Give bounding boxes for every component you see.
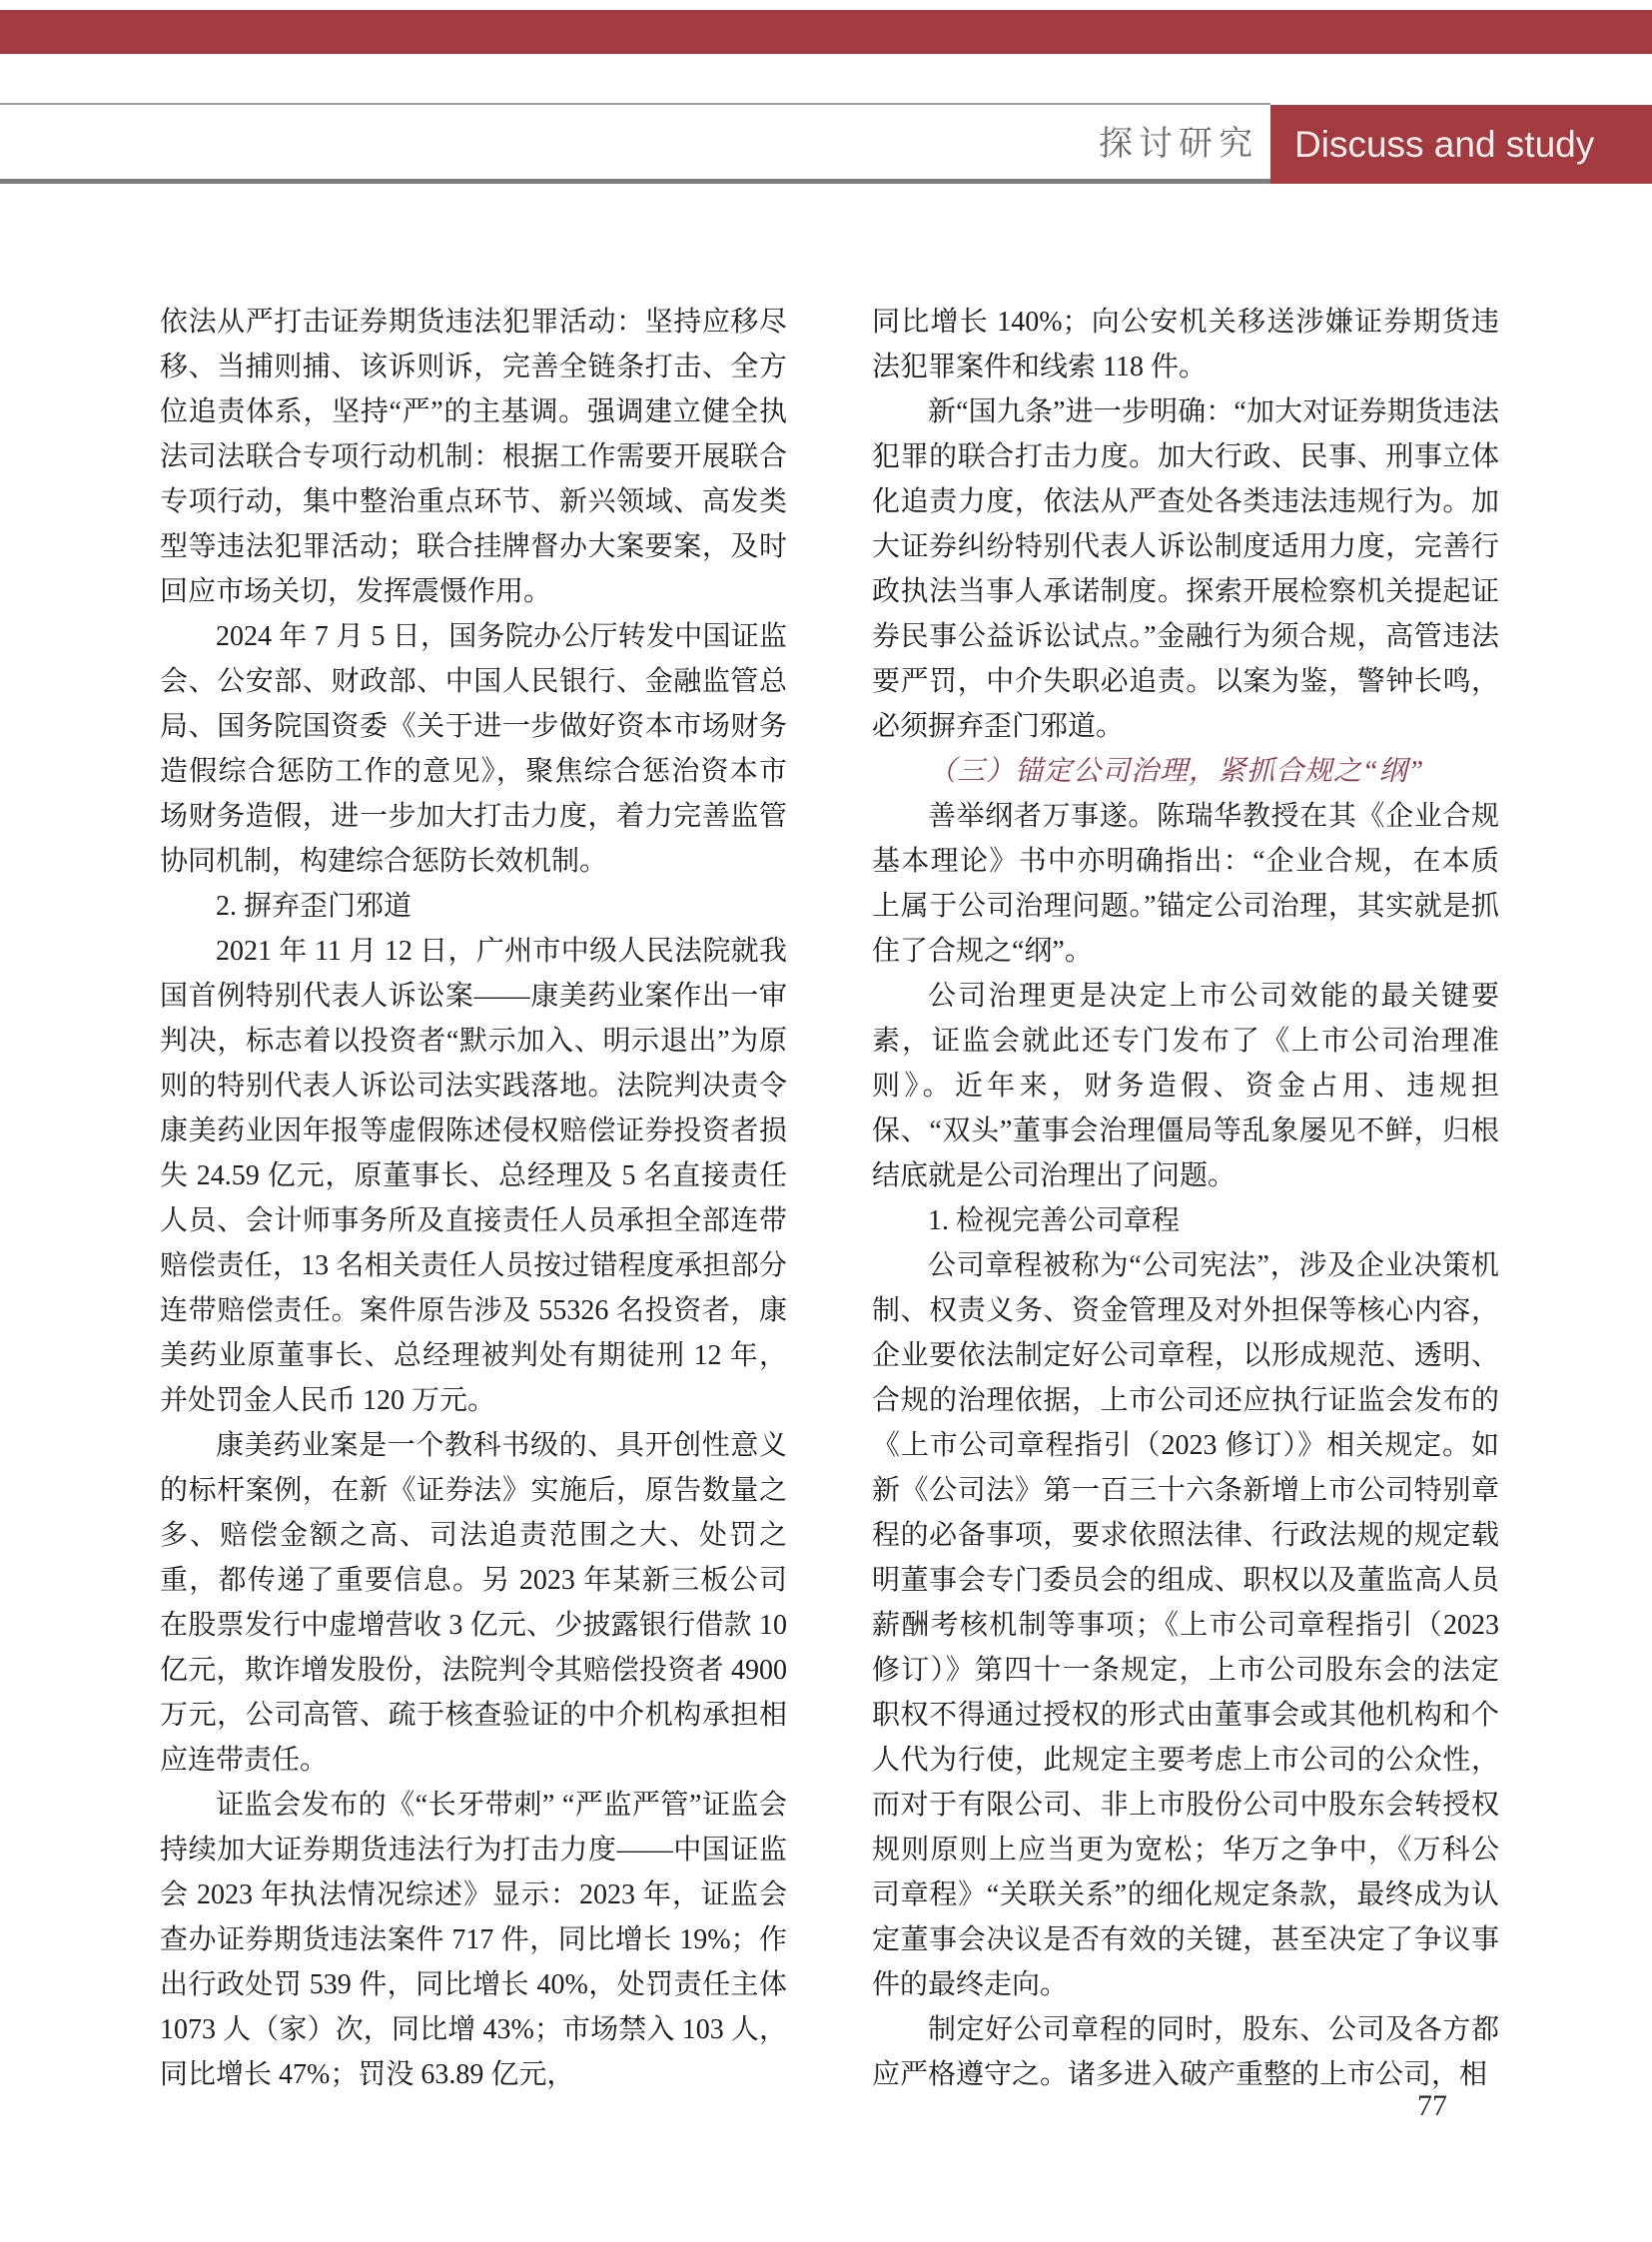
- paragraph: 新“国九条”进一步明确：“加大对证券期货违法犯罪的联合打击力度。加大行政、民事、…: [872, 389, 1499, 749]
- numbered-subhead: 1. 检视完善公司章程: [872, 1198, 1499, 1243]
- header-rule-thick: [0, 179, 1270, 184]
- section-label-en: Discuss and study: [1270, 105, 1652, 184]
- paragraph: 证监会发布的《“长牙带刺” “严监严管”证监会持续加大证券期货违法行为打击力度—…: [160, 1783, 787, 2097]
- paragraph: 公司章程被称为“公司宪法”，涉及企业决策机制、权责义务、资金管理及对外担保等核心…: [872, 1243, 1499, 2007]
- paragraph: 同比增长 140%；向公安机关移送涉嫌证券期货违法犯罪案件和线索 118 件。: [872, 300, 1499, 389]
- article-right-column: 同比增长 140%；向公安机关移送涉嫌证券期货违法犯罪案件和线索 118 件。 …: [872, 300, 1499, 2097]
- paragraph: 康美药业案是一个教科书级的、具开创性意义的标杆案例，在新《证券法》实施后，原告数…: [160, 1423, 787, 1783]
- section-band: Discuss and study: [1270, 105, 1652, 184]
- page-number: 77: [872, 2089, 1499, 2123]
- paragraph: 公司治理更是决定上市公司效能的最关键要素，证监会就此还专门发布了《上市公司治理准…: [872, 974, 1499, 1198]
- maroon-subsection-heading: （三）锚定公司治理，紧抓合规之“纲”: [872, 749, 1499, 794]
- paragraph: 制定好公司章程的同时，股东、公司及各方都应严格遵守之。诸多进入破产重整的上市公司…: [872, 2007, 1499, 2097]
- section-label-cn: 探讨研究: [0, 105, 1258, 184]
- paragraph: 2024 年 7 月 5 日，国务院办公厅转发中国证监会、公安部、财政部、中国人…: [160, 614, 787, 884]
- paragraph: 善举纲者万事遂。陈瑞华教授在其《企业合规基本理论》书中亦明确指出：“企业合规，在…: [872, 794, 1499, 974]
- top-accent-bar: [0, 10, 1652, 54]
- article-left-column: 依法从严打击证券期货违法犯罪活动：坚持应移尽移、当捕则捕、该诉则诉，完善全链条打…: [160, 300, 787, 2097]
- paragraph: 2021 年 11 月 12 日，广州市中级人民法院就我国首例特别代表人诉讼案—…: [160, 929, 787, 1423]
- numbered-subhead: 2. 摒弃歪门邪道: [160, 884, 787, 929]
- paragraph: 依法从严打击证券期货违法犯罪活动：坚持应移尽移、当捕则捕、该诉则诉，完善全链条打…: [160, 300, 787, 614]
